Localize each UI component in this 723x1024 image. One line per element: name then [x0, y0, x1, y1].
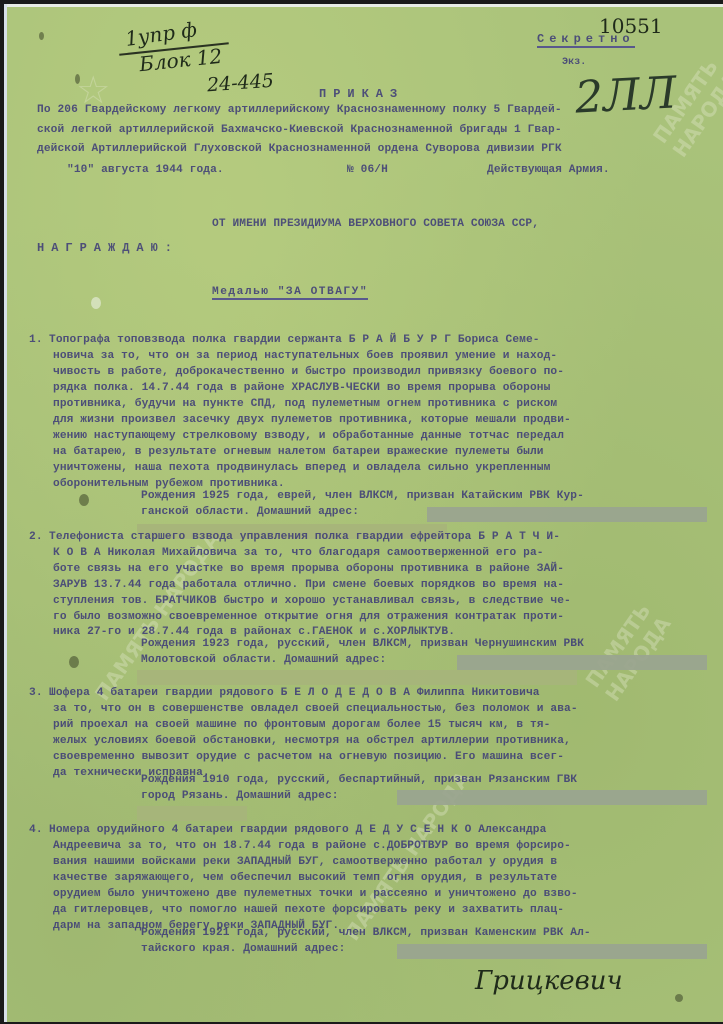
header-line: дейской Артиллерийской Глуховской Красно… — [37, 143, 562, 155]
entry-bio-line: Рождения 1923 года, русский, член ВЛКСМ,… — [141, 638, 584, 650]
redacted-address — [457, 655, 707, 670]
copy-label: Экз. — [562, 57, 586, 68]
entry-text-line: за то, что он в совершенстве овладел сво… — [53, 703, 578, 715]
entry-text-line: боте связь на его участке во время проры… — [53, 563, 564, 575]
entry-text-line: го было возможно своевременное открытие … — [53, 611, 564, 623]
signature: Грицкевич — [475, 966, 623, 996]
entry-text-line: для жизни произвел засечку двух пулемето… — [53, 414, 571, 426]
large-handwritten-number: 2ЛЛ — [574, 67, 678, 123]
paper-hole — [91, 297, 101, 309]
archive-note-bottom: Блок 12 — [138, 44, 223, 77]
entry-text-line: рядка полка. 14.7.44 года в районе ХРАСЛ… — [53, 382, 550, 394]
entry-text-line: жению наступающему стрелковому взводу, и… — [53, 430, 564, 442]
entry-bio-line: тайского края. Домашний адрес: — [141, 943, 345, 955]
entry-bio-line: Рождения 1925 года, еврей, член ВЛКСМ, п… — [141, 490, 584, 502]
entry-bio-line: город Рязань. Домашний адрес: — [141, 790, 339, 802]
entry-text-line: вания нашими войсками реки ЗАПАДНЫЙ БУГ,… — [53, 856, 557, 868]
classification-stamp: Секретно — [537, 32, 635, 48]
entry-text-line: К О В А Николая Михайловича за то, что б… — [53, 547, 544, 559]
entry-text-line: ника 27-го и 28.7.44 года в районах с.ГА… — [53, 626, 455, 638]
page-edge — [7, 4, 723, 7]
order-date: "10" августа 1944 года. — [67, 164, 224, 176]
medal-title: Медалью "ЗА ОТВАГУ" — [212, 286, 368, 300]
entry-text-line: новича за то, что он за период наступате… — [53, 350, 557, 362]
entry-text-line: Шофера 4 батареи гвардии рядового Б Е Л … — [49, 687, 540, 699]
entry-bio-line: Рождения 1921 года, русский, член ВЛКСМ,… — [141, 927, 591, 939]
entry-text-line: да гитлеровцев, что помогло нашей пехоте… — [53, 904, 564, 916]
entry-number: 3. — [29, 687, 43, 699]
entry-text-line: чивость в работе, доброкачественно и быс… — [53, 366, 564, 378]
ink-stain — [75, 74, 80, 84]
entry-text-line: Номера орудийного 4 батареи гвардии рядо… — [49, 824, 546, 836]
entry-text-line: рий проехал на своей машине по фронтовым… — [53, 719, 550, 731]
entry-text-line: ЗАРУВ 13.7.44 года работала отлично. При… — [53, 579, 564, 591]
entry-text-line: ступления тов. БРАТЧИКОВ быстро и хорошо… — [53, 595, 571, 607]
entry-text-line: своевременно вывозит орудие с расчетом н… — [53, 751, 564, 763]
header-line: По 206 Гвардейскому легкому артиллерийск… — [37, 104, 562, 116]
entry-text-line: Телефониста старшего взвода управления п… — [49, 531, 560, 543]
ink-stain — [79, 494, 89, 506]
archive-code: 24-445 — [206, 70, 274, 97]
redacted-address — [427, 507, 707, 522]
entry-text-line: на батарею, в результате огневым налетом… — [53, 446, 544, 458]
entry-text-line: качестве заряжающего, чем обеспечил высо… — [53, 872, 557, 884]
entry-bio-line: ганской области. Домашний адрес: — [141, 506, 359, 518]
entry-number: 1. — [29, 334, 43, 346]
entry-text-line: противника, будучи на пункте СПД, под пу… — [53, 398, 557, 410]
ink-stain — [39, 32, 44, 40]
entry-text-line: Топографа топовзвода полка гвардии сержа… — [49, 334, 540, 346]
entry-bio-line: Молотовской области. Домашний адрес: — [141, 654, 386, 666]
redacted-address — [397, 944, 707, 959]
document-page: ☆ ПАМЯТЬ НАРОДА ПАМЯТЬ НАРОДА ПАМЯТЬ НАР… — [4, 4, 723, 1022]
document-title: ПРИКАЗ — [319, 87, 404, 101]
ink-stain — [69, 656, 79, 668]
order-location: Действующая Армия. — [487, 164, 610, 176]
entry-number: 4. — [29, 824, 43, 836]
ink-stain — [675, 994, 683, 1002]
entry-text-line: оборонительным рубежом противника. — [53, 478, 285, 490]
redacted-address — [137, 670, 577, 685]
entry-bio-line: Рождения 1910 года, русский, беспартийны… — [141, 774, 577, 786]
redacted-address — [397, 790, 707, 805]
preamble: ОТ ИМЕНИ ПРЕЗИДИУМА ВЕРХОВНОГО СОВЕТА СО… — [212, 218, 539, 230]
redacted-address — [137, 806, 247, 821]
entry-number: 2. — [29, 531, 43, 543]
award-verb: НАГРАЖДАЮ: — [37, 241, 179, 255]
entry-text-line: уничтожены, наша пехота продвинулась впе… — [53, 462, 550, 474]
entry-text-line: желых условиях боевой обстановки, несмот… — [53, 735, 571, 747]
header-line: ской легкой артиллерийской Бахмачско-Кие… — [37, 124, 562, 136]
watermark: ПАМЯТЬ НАРОДА — [581, 550, 710, 705]
entry-text-line: орудием было уничтожено две пулеметных т… — [53, 888, 578, 900]
entry-text-line: Андреевича за то, что он 18.7.44 года в … — [53, 840, 571, 852]
order-number: № 06/Н — [347, 164, 388, 176]
